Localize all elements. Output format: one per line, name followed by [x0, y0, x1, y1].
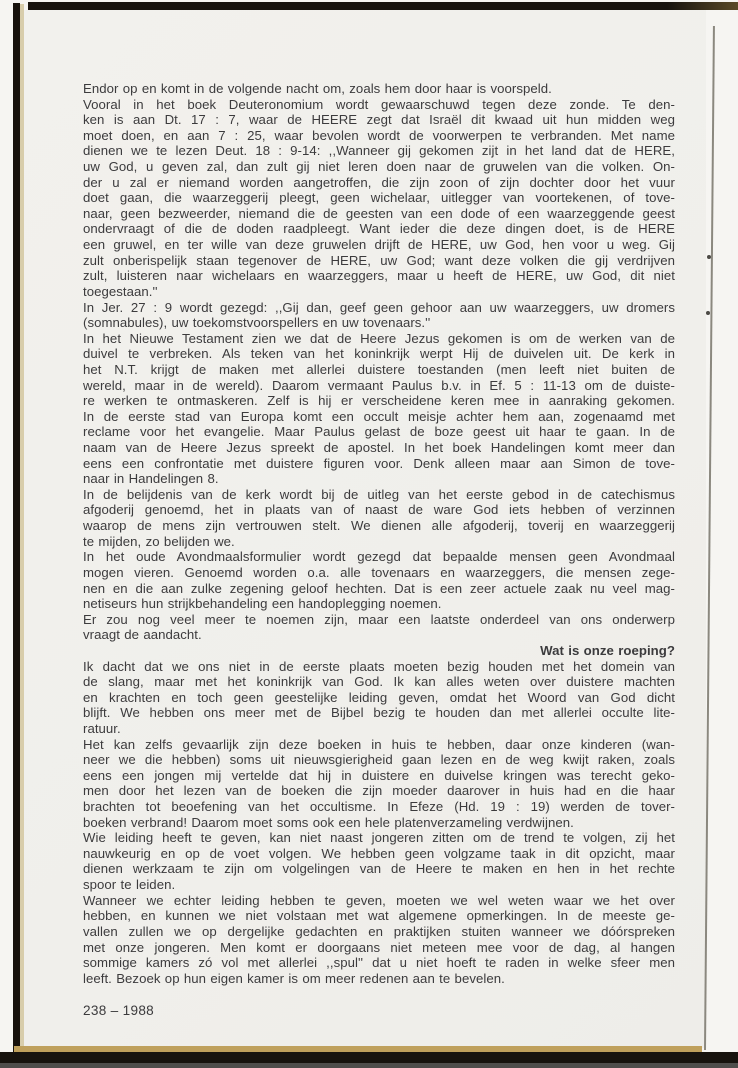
text-line: duivel te verbreken. Als teken van het k…: [83, 346, 675, 362]
text-line: In het oude Avondmaalsformulier wordt ge…: [83, 549, 675, 565]
text-line: sommige kamers zó vol met allerlei ,,spu…: [83, 955, 675, 971]
text-line: Wanneer we echter leiding hebben te geve…: [83, 893, 675, 909]
text-line: Er zou nog veel meer te noemen zijn, maa…: [83, 612, 675, 628]
text-line: waarop de mens zijn vertrouwen stelt. We…: [83, 518, 675, 534]
text-line: wereld, maar in de wereld). Daarom verma…: [83, 378, 675, 394]
text-line: ratuur.: [83, 721, 675, 737]
text-line: naar in Handelingen 8.: [83, 471, 675, 487]
text-line: Het kan zelfs gevaarlijk zijn deze boeke…: [83, 737, 675, 753]
text-line: neer we die hebben) soms uit nieuwsgieri…: [83, 752, 675, 768]
text-line: moet doen, en aan 7 : 25, waar bevolen w…: [83, 128, 675, 144]
scan-border-top: [28, 2, 738, 10]
text-line: men door het lezen van de boeken die zij…: [83, 783, 675, 799]
text-line: doet gaan, die waarzeggerij pleegt, geen…: [83, 190, 675, 206]
scan-border-bottom-shadow: [0, 1063, 738, 1068]
text-line: zult onberispelijk staan tegenover de HE…: [83, 253, 675, 269]
text-line: en krachten en toch geen geestelijke lei…: [83, 690, 675, 706]
text-line: re werken te ontmaskeren. Zelf is hij er…: [83, 393, 675, 409]
text-line: hebben, en kunnen we niet volstaan met w…: [83, 908, 675, 924]
text-line: zult, luisteren naar wichelaars en waarz…: [83, 268, 675, 284]
text-line: naar, geen bezweerder, niemand die de ge…: [83, 206, 675, 222]
text-line: In de eerste stad van Europa komt een oc…: [83, 409, 675, 425]
text-line: In Jer. 27 : 9 wordt gezegd: ,,Gij dan, …: [83, 300, 675, 316]
text-line: blijft. We hebben ons meer met de Bijbel…: [83, 705, 675, 721]
text-line: In het Nieuwe Testament zien we dat de H…: [83, 331, 675, 347]
text-line: spoor te leiden.: [83, 877, 675, 893]
text-line: te mijden, zo belijden we.: [83, 534, 675, 550]
text-line: dienen werkzaam te zijn om volgelingen v…: [83, 861, 675, 877]
book-spine-shadow: [13, 3, 20, 1052]
text-line: Vooral in het boek Deuteronomium wordt g…: [83, 97, 675, 113]
text-line: eens een jongen mij vertelde dat hij in …: [83, 768, 675, 784]
scan-artifact-dot: [707, 255, 711, 259]
text-line: reclame voor het evangelie. Maar Paulus …: [83, 424, 675, 440]
text-line: vallen zullen we op dergelijke gedachten…: [83, 924, 675, 940]
text-line: een gruwel, en ter wille van deze gruwel…: [83, 237, 675, 253]
page-number-footer: 238 – 1988: [83, 1003, 154, 1018]
text-line: leeft. Bezoek op hun eigen kamer is om m…: [83, 971, 675, 987]
text-column: Endor op en komt in de volgende nacht om…: [83, 81, 675, 986]
text-line: Endor op en komt in de volgende nacht om…: [83, 81, 675, 97]
text-line: toegestaan.'': [83, 284, 675, 300]
text-line: brachten tot beoefening van het occultis…: [83, 799, 675, 815]
scan-border-bottom: [0, 1052, 738, 1063]
text-line: nauwkeurig en op de voet volgen. We hebb…: [83, 846, 675, 862]
text-line: met onze jongeren. Men komt er doorgaans…: [83, 940, 675, 956]
section-heading: Wat is onze roeping?: [83, 643, 675, 659]
text-line: afgoderij genoemd, het in plaats van of …: [83, 502, 675, 518]
text-line: de slang, maar met het koninkrijk van Go…: [83, 674, 675, 690]
text-line: boeken verbrand! Daarom moet soms ook ee…: [83, 815, 675, 831]
text-line: (somnabules), uw toekomstvoorspellers en…: [83, 315, 675, 331]
text-line: eens een confrontatie met duistere figur…: [83, 456, 675, 472]
text-line: netiseurs hun strijkbehandeling een hand…: [83, 596, 675, 612]
text-line: het N.T. krijgt de maken met allerlei du…: [83, 362, 675, 378]
text-line: Wie leiding heeft te geven, kan niet naa…: [83, 830, 675, 846]
text-line: In de belijdenis van de kerk wordt bij d…: [83, 487, 675, 503]
text-line: nen en die aan zulke zegening geloof hec…: [83, 581, 675, 597]
text-line: uw God, u geven zal, dan zult gij niet l…: [83, 159, 675, 175]
text-line: mogen vieren. Genoemd worden o.a. alle t…: [83, 565, 675, 581]
scanned-book-page: Endor op en komt in de volgende nacht om…: [0, 0, 738, 1068]
text-line: Ik dacht dat we ons niet in de eerste pl…: [83, 659, 675, 675]
text-line: der u zal er niemand worden aangetroffen…: [83, 175, 675, 191]
scan-artifact-dot: [706, 311, 710, 315]
text-line: vraagt de aandacht.: [83, 627, 675, 643]
text-line: ken is aan Dt. 17 : 7, waar de HEERE zeg…: [83, 112, 675, 128]
text-line: ondervraagt of die de doden raadpleegt. …: [83, 221, 675, 237]
text-line: naam van de Heere Jezus spreekt de apost…: [83, 440, 675, 456]
text-line: dienen we te lezen Deut. 18 : 9-14: ,,Wa…: [83, 143, 675, 159]
